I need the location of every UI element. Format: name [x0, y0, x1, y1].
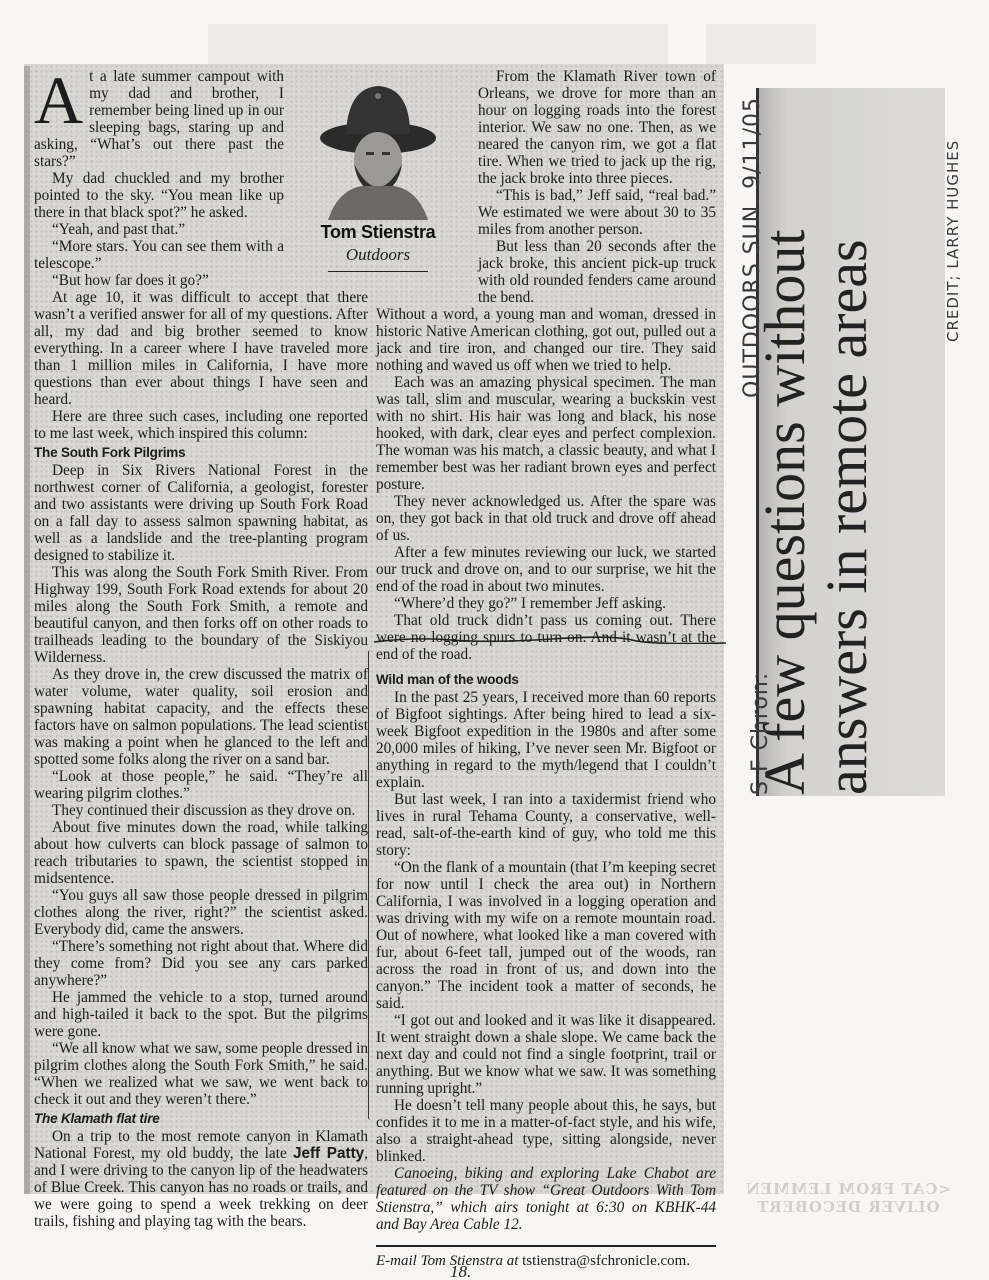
paragraph: “Yeah, and past that.”: [34, 221, 284, 238]
paragraph: They never acknowledged us. After the sp…: [376, 493, 716, 544]
paragraph: But less than 20 seconds after the jack …: [478, 238, 716, 306]
paragraph: Without a word, a young man and woman, d…: [376, 306, 716, 374]
paragraph: Each was an amazing physical specimen. T…: [376, 374, 716, 493]
paragraph: Here are three such cases, including one…: [34, 408, 368, 442]
handwritten-source: S F Chron:: [748, 672, 773, 795]
paragraph: “There’s something not right about that.…: [34, 938, 368, 989]
article-column-1: A t a late summer campout with my dad an…: [34, 68, 368, 1230]
section-heading: Wild man of the woods: [376, 671, 716, 689]
bleed-line: <CAT FROM LEMMEN: [738, 1180, 958, 1198]
section-heading: The Klamath flat tire: [34, 1110, 368, 1128]
bleed-through-block: [706, 24, 816, 64]
paragraph: But last week, I ran into a taxidermist …: [376, 791, 716, 859]
paragraph: In the past 25 years, I received more th…: [376, 689, 716, 791]
drop-cap: A: [34, 72, 83, 128]
article-column-2: From the Klamath River town of Orleans, …: [376, 68, 716, 1270]
email-line: E-mail Tom Stienstra at tstienstra@sfchr…: [376, 1245, 716, 1270]
paragraph: From the Klamath River town of Orleans, …: [478, 68, 716, 187]
paragraph: “Look at those people,” he said. “They’r…: [34, 768, 368, 802]
handwritten-section-date: OUTDOORS SUN. 9/11/05: [740, 97, 765, 398]
paragraph: “Where’d they go?” I remember Jeff askin…: [376, 595, 716, 612]
section-heading: The South Fork Pilgrims: [34, 444, 368, 462]
bleed-line: OLIVER DECOBERT: [738, 1198, 958, 1216]
email-address[interactable]: tstienstra@sfchronicle.com.: [522, 1253, 690, 1269]
paragraph: Deep in Six Rivers National Forest in th…: [34, 462, 368, 564]
paragraph: He jammed the vehicle to a stop, turned …: [34, 989, 368, 1040]
narrow-block: From the Klamath River town of Orleans, …: [478, 68, 716, 306]
intro-block: A t a late summer campout with my dad an…: [34, 68, 284, 289]
paragraph: “But how far does it go?”: [34, 272, 284, 289]
paragraph: They continued their discussion as they …: [34, 802, 368, 819]
paragraph: On a trip to the most remote canyon in K…: [34, 1128, 368, 1230]
person-name: Jeff Patty: [293, 1145, 364, 1162]
headline-line-2: answers in remote areas: [816, 95, 878, 795]
paragraph: He doesn’t tell many people about this, …: [376, 1097, 716, 1165]
handwritten-bracket: [368, 650, 373, 1120]
bleed-through-text: <CAT FROM LEMMEN OLIVER DECOBERT: [738, 1180, 958, 1216]
email-label: E-mail Tom Stienstra at: [376, 1253, 518, 1269]
paragraph: “More stars. You can see them with a tel…: [34, 238, 284, 272]
paragraph: “We all know what we saw, some people dr…: [34, 1040, 368, 1108]
page-number: 18.: [450, 1262, 471, 1280]
paragraph: As they drove in, the crew discussed the…: [34, 666, 368, 768]
handwritten-underline-icon: [372, 636, 728, 644]
paragraph: At age 10, it was difficult to accept th…: [34, 289, 368, 408]
bleed-through-block: [208, 24, 668, 64]
paragraph: “You guys all saw those people dressed i…: [34, 887, 368, 938]
clipping-edge: [24, 66, 30, 1194]
paragraph: “I got out and looked and it was like it…: [376, 1012, 716, 1097]
tv-note: Canoeing, biking and exploring Lake Chab…: [376, 1165, 716, 1233]
paragraph: This was along the South Fork Smith Rive…: [34, 564, 368, 666]
paragraph: “On the flank of a mountain (that I’m ke…: [376, 859, 716, 1012]
paragraph: My dad chuckled and my brother pointed t…: [34, 170, 284, 221]
paragraph: After a few minutes reviewing our luck, …: [376, 544, 716, 595]
handwritten-credit: CREDIT; LARRY HUGHES: [944, 140, 962, 342]
paragraph: “This is bad,” Jeff said, “real bad.” We…: [478, 187, 716, 238]
paragraph: About five minutes down the road, while …: [34, 819, 368, 887]
